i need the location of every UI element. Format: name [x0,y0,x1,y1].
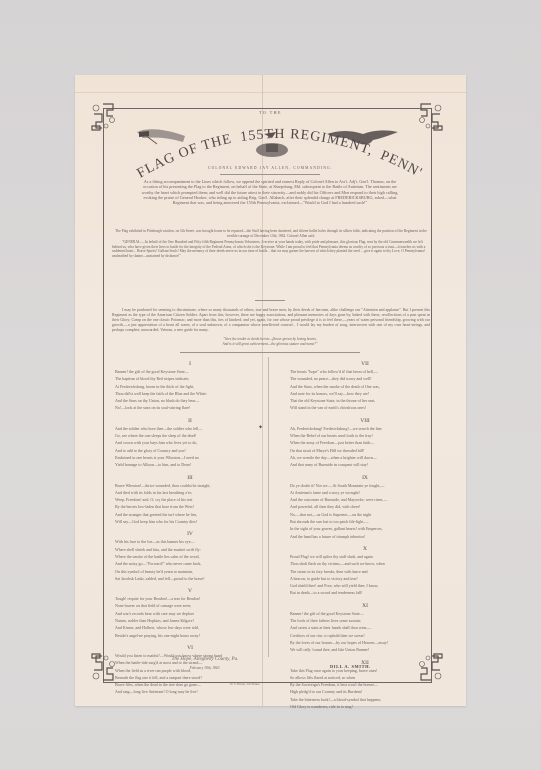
poem-line: Creditors of our rise, to uphold then we… [290,632,440,639]
reply-paragraph: "GENERAL:—In behalf of the One Hundred a… [112,240,430,258]
poem-line: Ah, Fredericksburg! Fredericksburg!—we s… [290,425,440,432]
poem-line: High pledg'd to our Country and its Burd… [290,688,440,695]
poem-line: At Antietam's fame and a story ye wrough… [290,489,440,496]
corner-ornament-icon [88,100,122,134]
poem-line: Sat Jacobsk Laski, sabled, and fell—prou… [115,575,265,582]
stanza-numeral: V [115,587,265,595]
stanza-numeral: III [115,474,265,482]
ornament-divider [255,300,285,301]
column-divider [268,357,269,657]
poem-line: No!—look at the stars on its soul-stirri… [115,404,265,411]
poem-line: Old Glory is wanderers, ride in to sing! [290,703,440,710]
poem-stanza: IXDo ye doubt it? Not we.—At South Mount… [290,474,440,540]
poem-line: The fools of their fathers lives some su… [290,617,440,624]
poem-line: So allows lifts flared at noticed, so wh… [290,674,440,681]
flag-note-paragraph: The Flag exhibited in Pittsburgh window,… [112,229,430,238]
stanza-numeral: IV [115,530,265,538]
poem-line: And Kinser, and Holbert, whose few days … [115,624,265,631]
horizontal-fold-crease [75,92,466,93]
poem-line: And the Stars on thy Union, no blush do … [115,397,265,404]
poem-line: And note for its honors, we'll say—how t… [290,390,440,397]
poem-line: And crown with your bays him who lives y… [115,439,265,446]
poem-stanza: XIBanner! the gift of the good Keystone … [290,602,440,654]
stanza-numeral: X [290,545,440,553]
date-line: February 18th, 1863. [140,666,270,670]
poem-line: Ah, we wrestle the day—when a brighter w… [290,454,440,461]
poem-line: Go, see where the one sleeps the sleep o… [115,432,265,439]
poem-stanza: VIIIAh, Fredericksburg! Fredericksburg!—… [290,417,440,469]
stanza-numeral: VI [115,644,265,652]
poem-line: On that strait of Marye's Hill we thread… [290,447,440,454]
poem-line: The baptism of blood thy Red stripes ind… [115,375,265,382]
poem-line: On this symbol of beauty he'd yearn to m… [115,568,265,575]
poem-line: Proud Flag! we will splice thy staff sha… [290,553,440,560]
poem-line: That the old Keystone State, in the thro… [290,397,440,404]
stanza-numeral: VIII [290,417,440,425]
poem-line: Enshrined in one hearts is your Wheaton—… [115,454,265,461]
poem-line: Brave Wheaton!—thrice wounded, thou coul… [115,482,265,489]
poem-line: We will rally 'round thee, and like Unio… [290,646,440,653]
poem-line: Thou shalt flash on thy victims,—and suc… [290,560,440,567]
poem-line: And the soldier who bore thee—the soldie… [115,425,265,432]
poem-line: The wounded, no peace—they did worry and… [290,375,440,382]
stanza-numeral: II [115,417,265,425]
poem-line: None braver on that field of carnage wer… [115,602,265,609]
poem-line: And powerful, all then they did, with ch… [290,503,440,510]
poem-line: Weep, Freedom! and, O, cry the place of … [115,496,265,503]
poem-stanza: IIIBrave Wheaton!—thrice wounded, thou c… [115,474,265,526]
epigraph-line: And is it still great achievement—the gl… [150,342,390,347]
poem-column-right: VIIThe hearts "hope" who follow'd it! th… [290,360,440,715]
poem-line: Banner! the gift of the good Keystone St… [115,368,265,375]
poem-line: Take the bitterness back!—a blood-symbol… [290,696,440,703]
eagle-icon [325,126,400,148]
poem-line: And the Stars, when the smoke of the dea… [290,383,440,390]
author-signature: DILL A. SMITH. [330,664,371,669]
poem-line: Where the smoke of the battle lies calm … [115,553,265,560]
poem-line: Where shell shriek and hiss, and the mus… [115,546,265,553]
poem-line: Yield homage to Allison—to him, and to D… [115,461,265,468]
poem-line: And carest a stain at their hands shall … [290,624,440,631]
poem-line: God shield thee! and Poor, who will yiel… [290,582,440,589]
poem-line: And war's records bear with care may we … [115,610,265,617]
divider-rule [180,352,360,353]
poem-line: Banner! the gift of the good Keystone St… [290,610,440,617]
poem-stanza: VTough! requite for your Beadon!—a tear … [115,587,265,639]
poem-line: And sing—long live Antietam! O long may … [115,688,265,695]
poem-line: But in death—to a sword and tenderness f… [290,589,440,596]
poem-stanza: XProud Flag! we will splice thy staff sh… [290,545,440,597]
poem-line: Tough! requite for your Beadon!—a tear f… [115,595,265,602]
stanza-numeral: IX [290,474,440,482]
poem-line: Beneath the flag one it fell, and a ramp… [115,674,265,681]
american-flag-icon [135,128,190,146]
commander-subtitle: COLONEL EDWARD JAY ALLEN, COMMANDING. [0,166,541,170]
poem-line: A beacon, to guide but to victory and te… [290,575,440,582]
poem-line: The hearts "hope" who follow'd it! that … [290,368,440,375]
poem-line: With his face to the foe—as this banner … [115,538,265,545]
poem-line: No,—that not,—as God is Supreme,—on the … [290,511,440,518]
poem-stanza: IBanner! the gift of the good Keystone S… [115,360,265,412]
poem-stanza: IVWith his face to the foe—as this banne… [115,530,265,582]
poem-stanza: IIAnd the soldier who bore thee—the sold… [115,417,265,469]
poem-line: In the sight of your graves, gallant hea… [290,525,440,532]
stanza-numeral: VII [290,360,440,368]
divider-rule [220,174,320,175]
poem-line: Will say—God keep him who for his Countr… [115,518,265,525]
poem-column-left: IBanner! the gift of the good Keystone S… [115,360,265,701]
poem-line: Beside's angel-ne praying, his one-night… [115,632,265,639]
poem-line: Do ye doubt it? Not we.—At South Mountai… [290,482,440,489]
stanza-numeral: I [115,360,265,368]
poem-line: But shrouds the sun lost to too patch li… [290,518,440,525]
poem-line: When the Rebel of our hearts send forth … [290,432,440,439]
epigraph: "Sees the tender to deeds heroic—flower … [150,337,390,347]
poem-line: The storm in its fury breaks, then with … [290,568,440,575]
poem-line: And to add to the glory of Country and y… [115,447,265,454]
dedication-paragraph: I may be pardoned for seeming to discrim… [112,308,430,333]
poem-line: By the loves of our homes—by our hopes o… [290,639,440,646]
poem-line: By the heroes low-laden that bore from t… [115,503,265,510]
poem-line: Names, nobler than Hopkins, and James Ki… [115,617,265,624]
poem-line: Thou did'st well keep the faith of the B… [115,390,265,397]
poem-line: And that army of Burnside in conquest wi… [290,461,440,468]
printer-imprint: W. S. Haven, Job Printer. [230,682,260,686]
poem-line: And the hand has a future of triumph inh… [290,533,440,540]
poem-line: And died with its folds in his last brea… [115,489,265,496]
coat-of-arms-icon [250,130,295,160]
poem-line: Will stand in the van of earth's chivalr… [290,404,440,411]
poem-line: And the noisy go—"Forward!" who never ca… [115,560,265,567]
place-line: The Hope, Allegheny County, Pa. [140,657,270,662]
poem-stanza: VIIThe hearts "hope" who follow'd it! th… [290,360,440,412]
poem-line: And the outcomes of Burnside, and Mayowk… [290,496,440,503]
stanza-numeral: XI [290,602,440,610]
poem-line: At Fredericksburg, borne in the thick of… [115,383,265,390]
poem-line: When the army of Freedom—just better tha… [290,439,440,446]
intro-paragraph: As a fitting accompaniment to the Lines … [140,179,400,205]
poem-line: And the stranger that greeted the turf w… [115,511,265,518]
poem-line: By the Sovereign's Freedom, it best won'… [290,681,440,688]
